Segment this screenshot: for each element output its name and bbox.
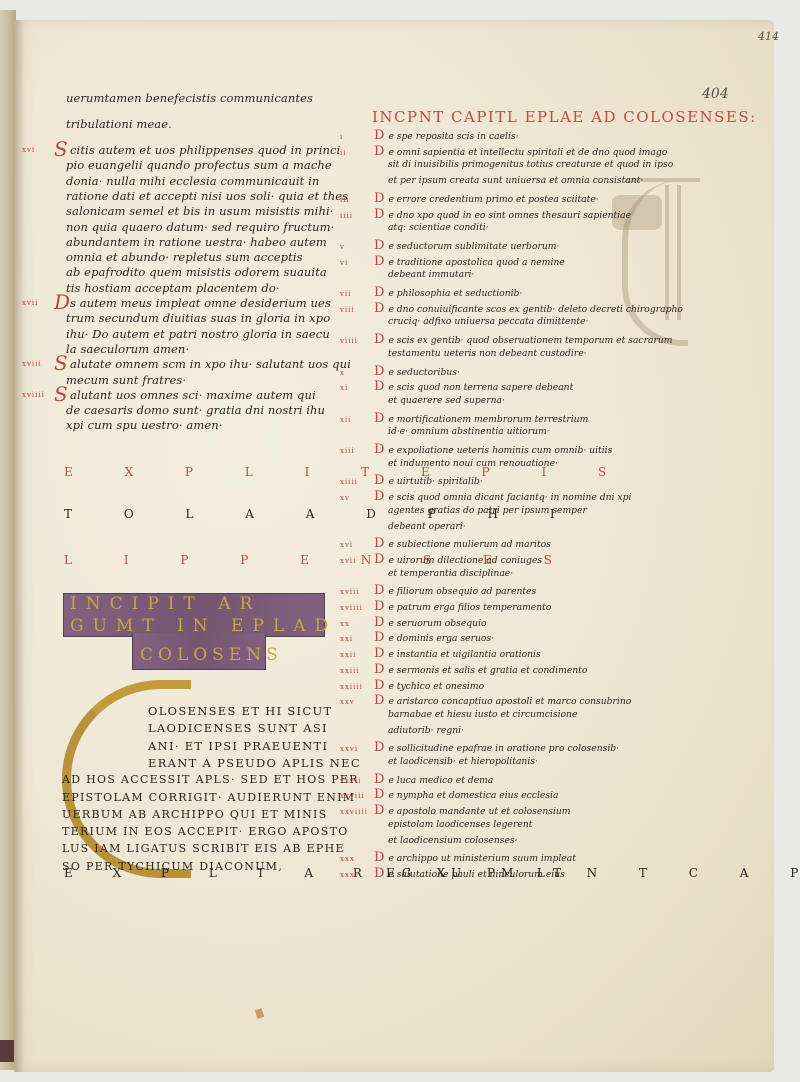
- left-text-line: de caesaris domo sunt· gratia dni nostri…: [66, 403, 325, 417]
- argument-line: LAODICENSES SUNT ASI: [148, 721, 328, 735]
- red-d-initial: D: [374, 630, 384, 645]
- chapter-number: x: [340, 369, 345, 377]
- red-d-initial: D: [374, 128, 384, 143]
- chapter-text-line: De luca medico et dema: [374, 772, 493, 787]
- chapter-text-line: cruciq· adfixo uniuersa peccata dimitten…: [388, 316, 588, 327]
- left-text-line: ihu· Do autem et patri nostro gloria in …: [66, 327, 330, 341]
- chapter-number: xxviiii: [340, 808, 368, 816]
- chapter-text-line: debeant immutari·: [388, 269, 474, 280]
- left-text-line: tis hostiam acceptam placentem do·: [66, 281, 280, 295]
- margin-section-number: xviii: [22, 360, 42, 368]
- chapter-text-line: sit di inuisibilis primogenitus totius c…: [388, 159, 673, 170]
- chapter-text-line: et laodicensib· et hieropolitanis·: [388, 756, 538, 767]
- left-text-line: ratione dati et accepti nisi uos soli· q…: [66, 189, 348, 203]
- chapter-list-heading: INCPNT CAPITL EPLAE AD COLOSENSES:: [372, 108, 757, 126]
- red-d-initial: D: [374, 662, 384, 677]
- chapter-text-line: De apostolo mandante ut et colosensium: [374, 803, 571, 818]
- chapter-text-line: id·e· omnium abstinentia uitiorum·: [388, 426, 550, 437]
- left-text-line: abundantem in ratione uestra· habeo aute…: [66, 235, 327, 249]
- chapter-text-line: agentes gratias do patri per ipsum sempe…: [388, 505, 587, 516]
- chapter-number: xi: [340, 384, 348, 392]
- incipit-line-1: INCIPIT AR: [70, 594, 261, 614]
- chapter-text-line: adiutorib· regni·: [388, 725, 464, 736]
- red-d-initial: D: [374, 411, 384, 426]
- red-d-initial: D: [374, 473, 384, 488]
- red-d-initial: D: [374, 693, 384, 708]
- chapter-text-line: De spe reposita scis in caelis·: [374, 128, 519, 143]
- chapter-number: v: [340, 243, 345, 251]
- red-d-initial: D: [374, 364, 384, 379]
- left-text-line: salonicam semel et bis in usum misistis …: [66, 204, 334, 218]
- red-d-initial: D: [374, 552, 384, 567]
- left-text-line: uerumtamen benefecistis communicantes: [66, 91, 313, 105]
- chapter-text-line: barnabae et hiesu iusto et circumcisione: [388, 709, 577, 720]
- margin-section-number: xvii: [22, 299, 38, 307]
- left-text-line: tribulationi meae.: [66, 117, 172, 131]
- chapter-text-line: De subiectione mulierum ad maritos: [374, 536, 551, 551]
- chapter-text-line: De seductoribus·: [374, 364, 460, 379]
- argument-line: OLOSENSES ET HI SICUT: [148, 704, 332, 718]
- chapter-text-line: De omni sapientia et intellectu spirital…: [374, 144, 667, 159]
- chapter-number: xviii: [340, 588, 360, 596]
- chapter-text-line: De nympha et domestica eius ecclesia: [374, 787, 558, 802]
- red-d-initial: D: [374, 536, 384, 551]
- chapter-number: vi: [340, 259, 348, 267]
- chapter-text-line: De filiorum obsequio ad parentes: [374, 583, 536, 598]
- folio-number-top: 414: [758, 30, 779, 43]
- red-d-initial: D: [374, 207, 384, 222]
- chapter-number: viii: [340, 306, 355, 314]
- chapter-text-line: testamentu ueteris non debeant custodire…: [388, 348, 587, 359]
- red-d-initial: D: [374, 379, 384, 394]
- chapter-text-line: De expoliatione ueteris hominis cum omni…: [374, 442, 612, 457]
- margin-section-number: xvi: [22, 146, 35, 154]
- chapter-number: xxii: [340, 651, 356, 659]
- left-text-line: omnia et abundo· repletus sum acceptis: [66, 250, 303, 264]
- chapter-text-line: De scis ex gentib· quod obseruationem te…: [374, 332, 672, 347]
- chapter-text-line: De scis quod omnia dicant faciantq· in n…: [374, 489, 631, 504]
- red-d-initial: D: [374, 740, 384, 755]
- chapter-number: xviiii: [340, 604, 363, 612]
- chapter-number: xiii: [340, 447, 355, 455]
- argument-line: AD HOS ACCESSIT APLS· SED ET HOS PER: [62, 773, 359, 786]
- chapter-text-line: De errore credentium primo et postea sci…: [374, 191, 599, 206]
- chapter-text-line: et indumento noui cum renouatione·: [388, 458, 558, 469]
- margin-section-number: xviiii: [22, 391, 45, 399]
- argument-line: TERIUM IN EOS ACCEPIT· ERGO APOSTO: [62, 825, 349, 838]
- chapter-number: xiiii: [340, 478, 358, 486]
- chapter-text-line: De mortificationem membrorum terrestrium: [374, 411, 588, 426]
- chapter-text-line: De aristarco concaptiuo apostoli et marc…: [374, 693, 631, 708]
- red-d-initial: D: [374, 646, 384, 661]
- red-d-initial: D: [374, 583, 384, 598]
- chapter-number: xxx: [340, 855, 355, 863]
- chapter-text-line: De sermonis et salis et gratia et condim…: [374, 662, 587, 677]
- incipit-line-2: GUMT IN EPLAD: [70, 616, 337, 636]
- red-d-initial: D: [374, 285, 384, 300]
- left-text-line: donia· nulla mihi ecclesia communicauit …: [66, 174, 319, 188]
- chapter-text-line: De dno xpo quod in eo sint omnes thesaur…: [374, 207, 631, 222]
- chapter-number: xvi: [340, 541, 353, 549]
- chapter-text-line: De dominis erga seruos·: [374, 630, 494, 645]
- left-text-line: mecum sunt fratres·: [66, 373, 186, 387]
- red-d-initial: D: [374, 803, 384, 818]
- chapter-number: xxiiii: [340, 683, 363, 691]
- left-text-line: Scitis autem et uos philippenses quod in…: [66, 143, 340, 157]
- chapter-number: xxvii: [340, 777, 361, 785]
- chapter-text-line: De dno conuiuificante scos ex gentib· de…: [374, 301, 683, 316]
- chapter-number: xxiii: [340, 667, 360, 675]
- red-d-initial: D: [374, 787, 384, 802]
- chapter-text-line: De philosophia et seductionib·: [374, 285, 522, 300]
- left-text-line: ab epafrodito quem misistis odorem suaui…: [66, 265, 327, 279]
- argument-line: EPISTOLAM CORRIGIT· AUDIERUNT ENIM: [62, 791, 355, 804]
- chapter-text-line: debeant operari·: [388, 521, 466, 532]
- red-d-initial: D: [374, 772, 384, 787]
- red-d-initial: D: [374, 678, 384, 693]
- chapter-number: xxxi: [340, 871, 358, 879]
- chapter-number: viiii: [340, 337, 358, 345]
- red-d-initial: D: [374, 489, 384, 504]
- red-d-initial: D: [374, 850, 384, 865]
- red-d-initial: D: [374, 332, 384, 347]
- red-d-initial: D: [374, 238, 384, 253]
- chapter-text-line: De traditione apostolica quod a nemine: [374, 254, 565, 269]
- chapter-text-line: De instantia et uigilantia orationis: [374, 646, 541, 661]
- chapter-number: xxviii: [340, 792, 365, 800]
- chapter-text-line: De seductorum sublimitate uerborum·: [374, 238, 559, 253]
- left-text-line: trum secundum diuitias suas in gloria in…: [66, 311, 330, 325]
- chapter-text-line: epistolam laodicenses legerent: [388, 819, 532, 830]
- chapter-number: ii: [340, 149, 346, 157]
- chapter-text-line: De patrum erga filios temperamento: [374, 599, 551, 614]
- left-text-line: Salutant uos omnes sci· maxime autem qui: [66, 388, 316, 402]
- left-text-line: Ds autem meus impleat omne desiderium ue…: [66, 296, 331, 310]
- chapter-number: iiii: [340, 212, 353, 220]
- chapter-number: xx: [340, 620, 350, 628]
- argument-line: ANI· ET IPSI PRAEUENTI: [148, 739, 328, 753]
- chapter-text-line: De tychico et onesimo: [374, 678, 484, 693]
- argument-line: ERANT A PSEUDO APLIS NEC: [148, 756, 361, 770]
- chapter-text-line: et laodicensium colosenses·: [388, 835, 518, 846]
- chapter-number: i: [340, 133, 343, 141]
- chapter-text-line: De sollicitudine epafrae in oratione pro…: [374, 740, 619, 755]
- chapter-number: xii: [340, 416, 351, 424]
- red-d-initial: D: [374, 615, 384, 630]
- chapter-number: xxv: [340, 698, 355, 706]
- chapter-number: xv: [340, 494, 350, 502]
- red-d-initial: D: [374, 191, 384, 206]
- red-d-initial: D: [374, 442, 384, 457]
- chapter-number: xxvi: [340, 745, 358, 753]
- chapter-number: xxi: [340, 635, 353, 643]
- chapter-number: vii: [340, 290, 351, 298]
- red-d-initial: D: [374, 866, 384, 881]
- chapter-text-line: De uirorum dilectione ad coniuges: [374, 552, 542, 567]
- chapter-text-line: et per ipsum creata sunt uniuersa et omn…: [388, 175, 643, 186]
- left-text-line: pio euangelii quando profectus sum a mac…: [66, 158, 332, 172]
- chapter-number: xvii: [340, 557, 356, 565]
- red-d-initial: D: [374, 599, 384, 614]
- chapter-text-line: De archippo ut ministerium suum impleat: [374, 850, 576, 865]
- chapter-text-line: et temperantia disciplinae·: [388, 568, 513, 579]
- argument-line: UERBUM AB ARCHIPPO QUI ET MINIS: [62, 808, 328, 821]
- chapter-text-line: atq: scientiae conditi·: [388, 222, 489, 233]
- red-d-initial: D: [374, 144, 384, 159]
- argument-line: LUS IAM LIGATUS SCRIBIT EIS AB EPHE: [62, 842, 345, 855]
- left-text-line: la saeculorum amen·: [66, 342, 189, 356]
- chapter-text-line: De uirtutib· spiritalib·: [374, 473, 483, 488]
- left-text-line: Salutate omnem scm in xpo ihu· salutant …: [66, 357, 351, 371]
- red-d-initial: D: [374, 254, 384, 269]
- binding-corner: [0, 1040, 14, 1062]
- chapter-number: iii: [340, 196, 350, 204]
- left-text-line: xpi cum spu uestro· amen·: [66, 418, 223, 432]
- page-gutter: [14, 20, 24, 1072]
- chapter-text-line: De seruorum obsequio: [374, 615, 487, 630]
- page-number: 404: [702, 86, 729, 102]
- explicit-chapters: E X P L N T C A P I T L: [386, 866, 800, 880]
- incipit-line-3: COLOSENS: [140, 645, 283, 665]
- chapter-text-line: et quaerere sed superna·: [388, 395, 505, 406]
- left-text-line: non quia quaero datum· sed requiro fruct…: [66, 220, 334, 234]
- chapter-text-line: De scis quod non terrena sapere debeant: [374, 379, 573, 394]
- red-d-initial: D: [374, 301, 384, 316]
